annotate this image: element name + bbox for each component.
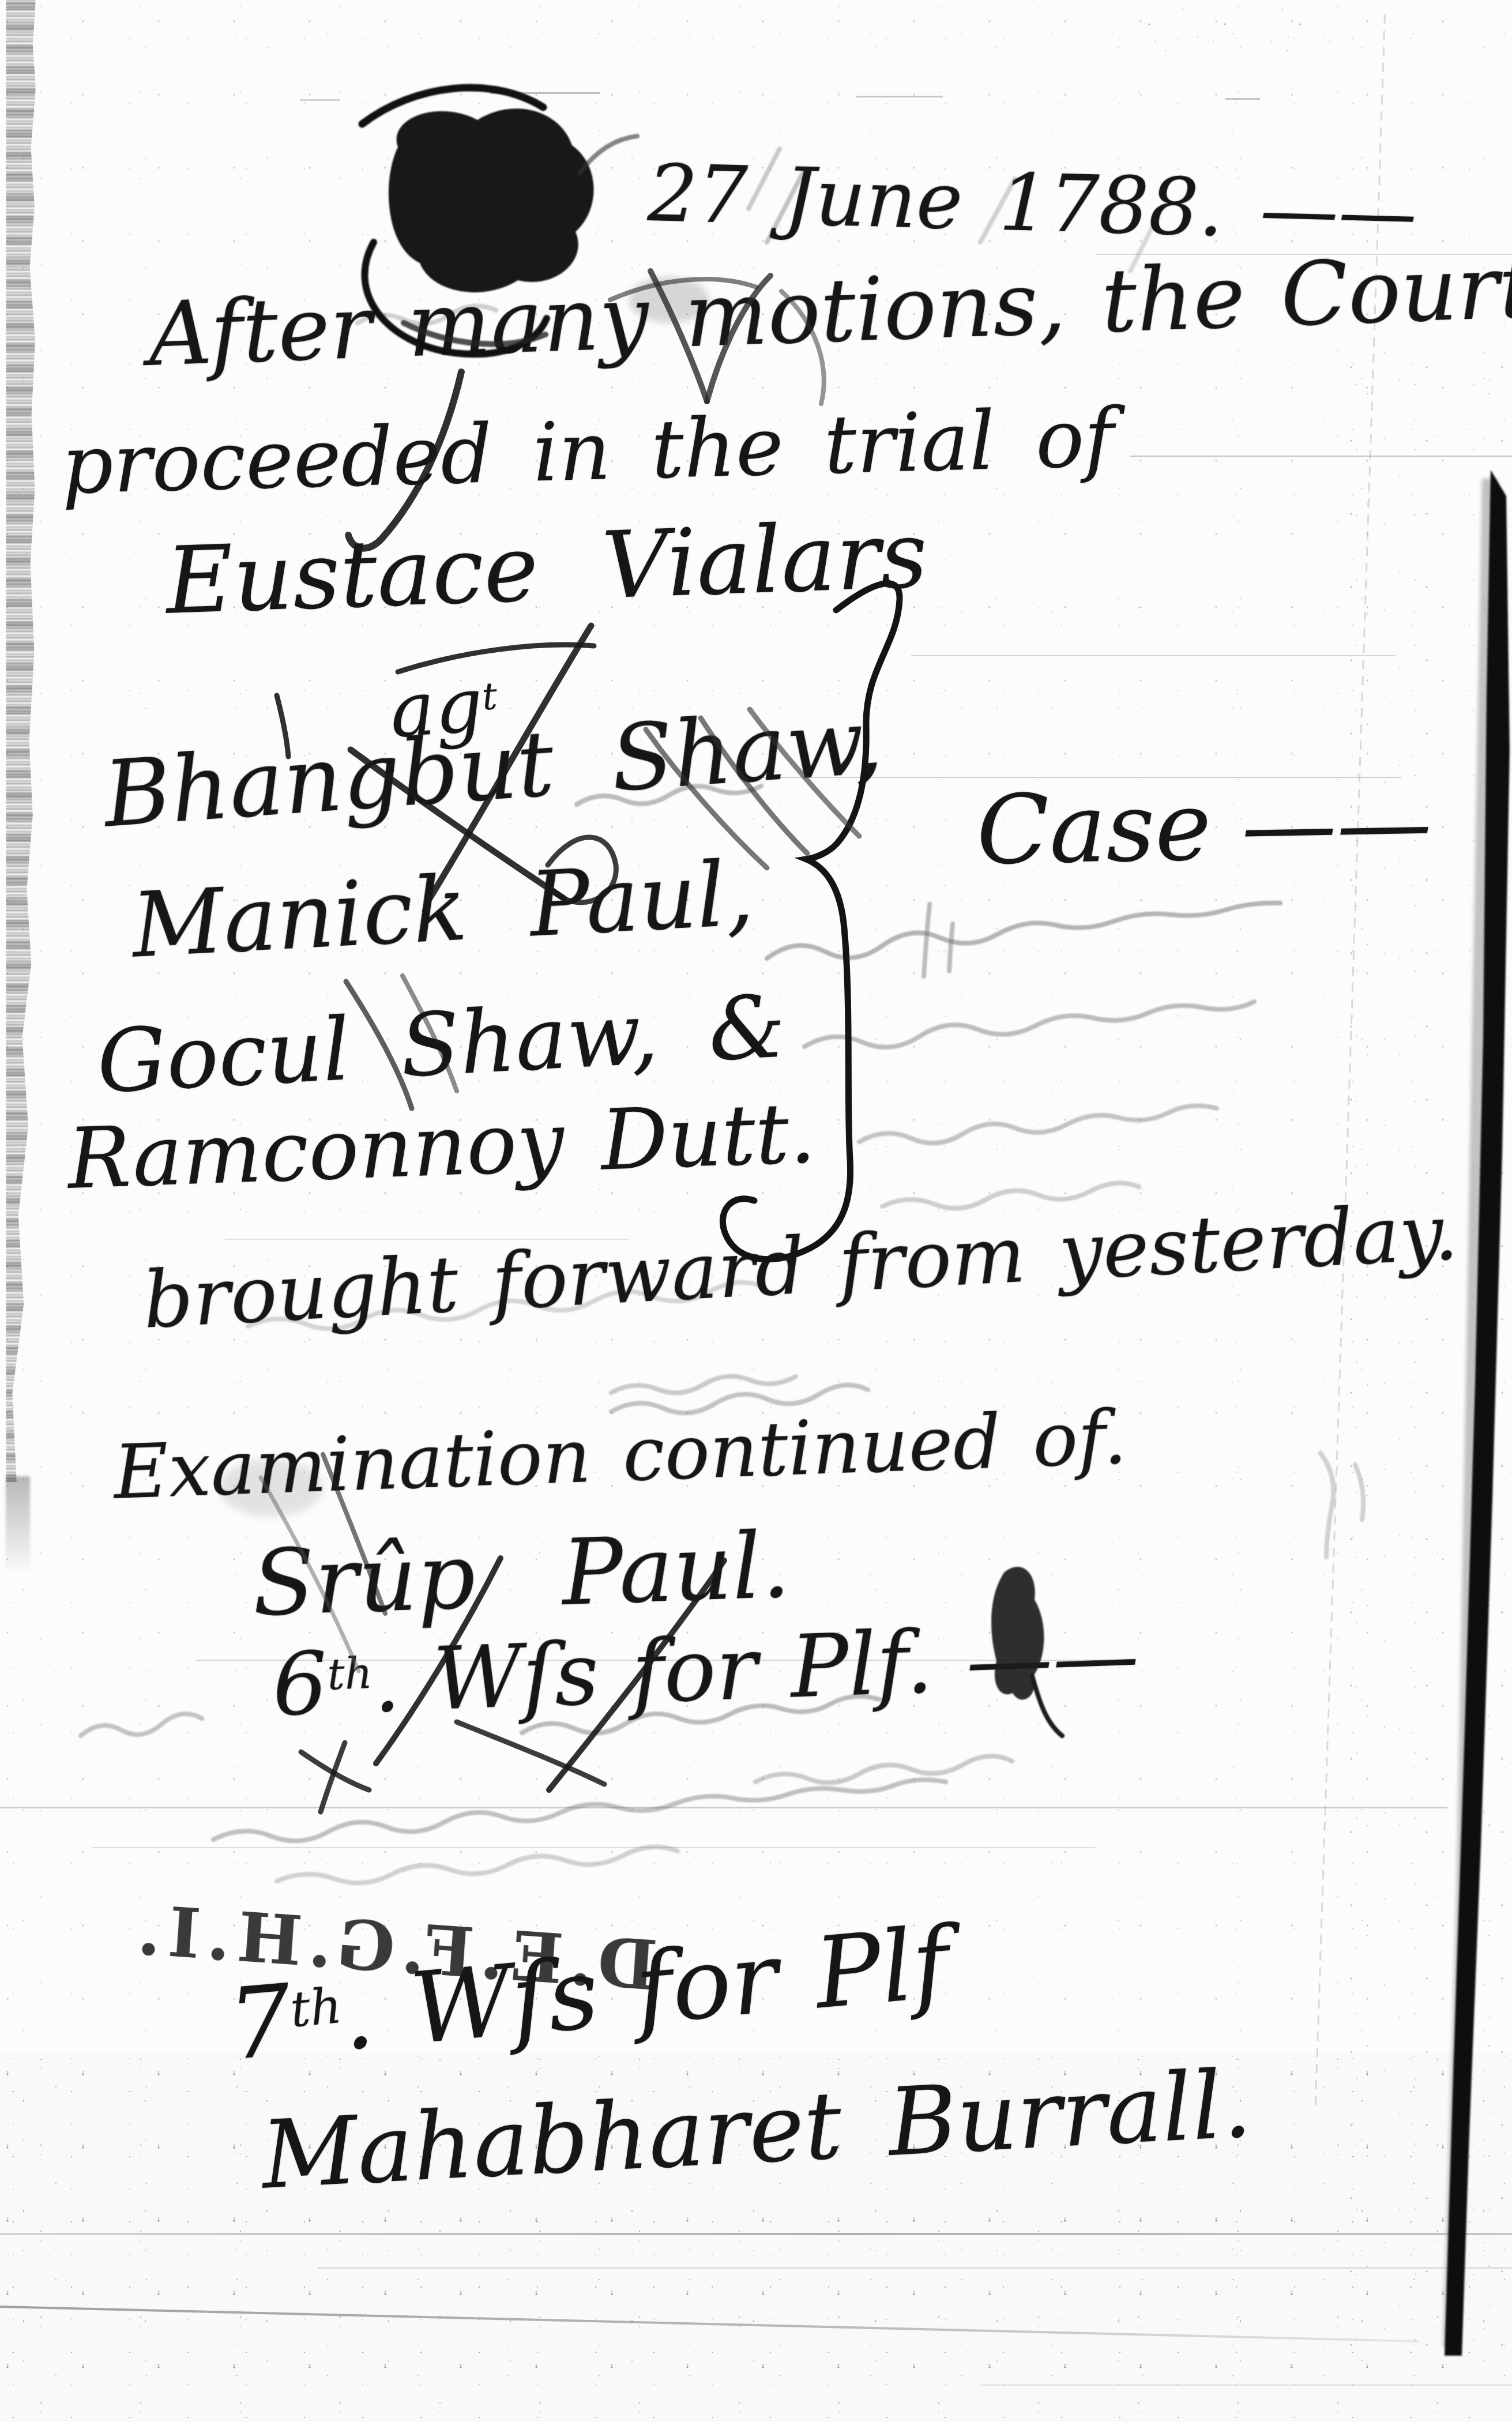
bleedthrough-squiggle bbox=[804, 1002, 1254, 1047]
paper-noise-top-right bbox=[1142, 3, 1361, 89]
bleedthrough-squiggle bbox=[611, 1377, 796, 1393]
right-scan-edge-fringe bbox=[1450, 479, 1490, 2347]
stray-mark bbox=[856, 96, 943, 97]
ruled-line bbox=[1130, 456, 1512, 457]
ruled-line bbox=[911, 655, 1396, 656]
defendant-name-2: Manick Paul, bbox=[130, 849, 756, 971]
bleedthrough-squiggle bbox=[949, 924, 953, 971]
bottom-rule-strong bbox=[0, 2233, 1512, 2235]
scribble-stroke bbox=[457, 1722, 604, 1784]
bleedthrough-squiggle bbox=[755, 1756, 1012, 1782]
stray-mark bbox=[490, 92, 600, 94]
witness7-num: 7 bbox=[224, 1964, 296, 2083]
stray-mark bbox=[1225, 98, 1260, 100]
scribble-stroke bbox=[321, 1743, 345, 1812]
defendant-name-1: Bhangbut Shaw, bbox=[101, 695, 885, 841]
status-note: brought forward from yesterday. bbox=[141, 1193, 1460, 1340]
ruled-line bbox=[92, 1847, 1096, 1848]
bleedthrough-squiggle bbox=[81, 1714, 202, 1736]
opening-line-1: After many motions, the Court bbox=[147, 243, 1512, 379]
stray-mark bbox=[300, 99, 340, 101]
ruled-line bbox=[0, 1807, 1447, 1808]
manuscript-scan-page: 27 June 1788. —— After many motions, the… bbox=[0, 0, 1512, 2422]
bleedthrough-squiggle bbox=[859, 1106, 1217, 1144]
ink-blot-body bbox=[389, 108, 594, 292]
left-scan-edge-band bbox=[6, 0, 36, 1482]
case-label: Case —— bbox=[976, 775, 1432, 878]
header-date: 27 June 1788. —— bbox=[646, 155, 1417, 253]
bottom-rule-sloped bbox=[0, 2306, 1418, 2342]
ruled-line bbox=[980, 2385, 1512, 2386]
ruled-line bbox=[317, 2267, 1512, 2269]
opening-line-2: proceeded in the trial of bbox=[61, 398, 1115, 506]
witness6-num: 6 bbox=[271, 1634, 329, 1736]
paper-noise-right-column bbox=[1344, 346, 1511, 2364]
bleedthrough-squiggle bbox=[924, 904, 930, 976]
bleedthrough-squiggle bbox=[1355, 1465, 1363, 1520]
ink-blot-flourish bbox=[362, 88, 543, 124]
bleedthrough-squiggle bbox=[1321, 1453, 1334, 1557]
ink-blot-tick bbox=[580, 136, 637, 173]
bleedthrough-squiggle bbox=[277, 1847, 678, 1883]
against-sup: t bbox=[480, 675, 498, 719]
witness7-name: Mahabharet Burrall. bbox=[259, 2058, 1254, 2203]
witness6-name: Srûp Paul. bbox=[251, 1520, 792, 1629]
scribble-stroke bbox=[301, 1752, 369, 1790]
defendant-name-3: Gocul Shaw, & bbox=[95, 983, 788, 1105]
plaintiff-name: Eustace Vialars bbox=[164, 509, 929, 627]
bleedthrough-squiggle bbox=[767, 903, 1280, 958]
witness7-ordinal: th bbox=[288, 1977, 344, 2039]
examination-heading: Examination continued of. bbox=[112, 1400, 1128, 1510]
bleedthrough-squiggle bbox=[213, 1780, 946, 1841]
defendant-name-4: Ramconnoy Dutt. bbox=[66, 1092, 817, 1201]
right-scan-edge-band bbox=[1445, 470, 1510, 2356]
left-scan-edge-fade bbox=[6, 1476, 30, 1574]
witness6-ordinal: th bbox=[326, 1648, 373, 1700]
